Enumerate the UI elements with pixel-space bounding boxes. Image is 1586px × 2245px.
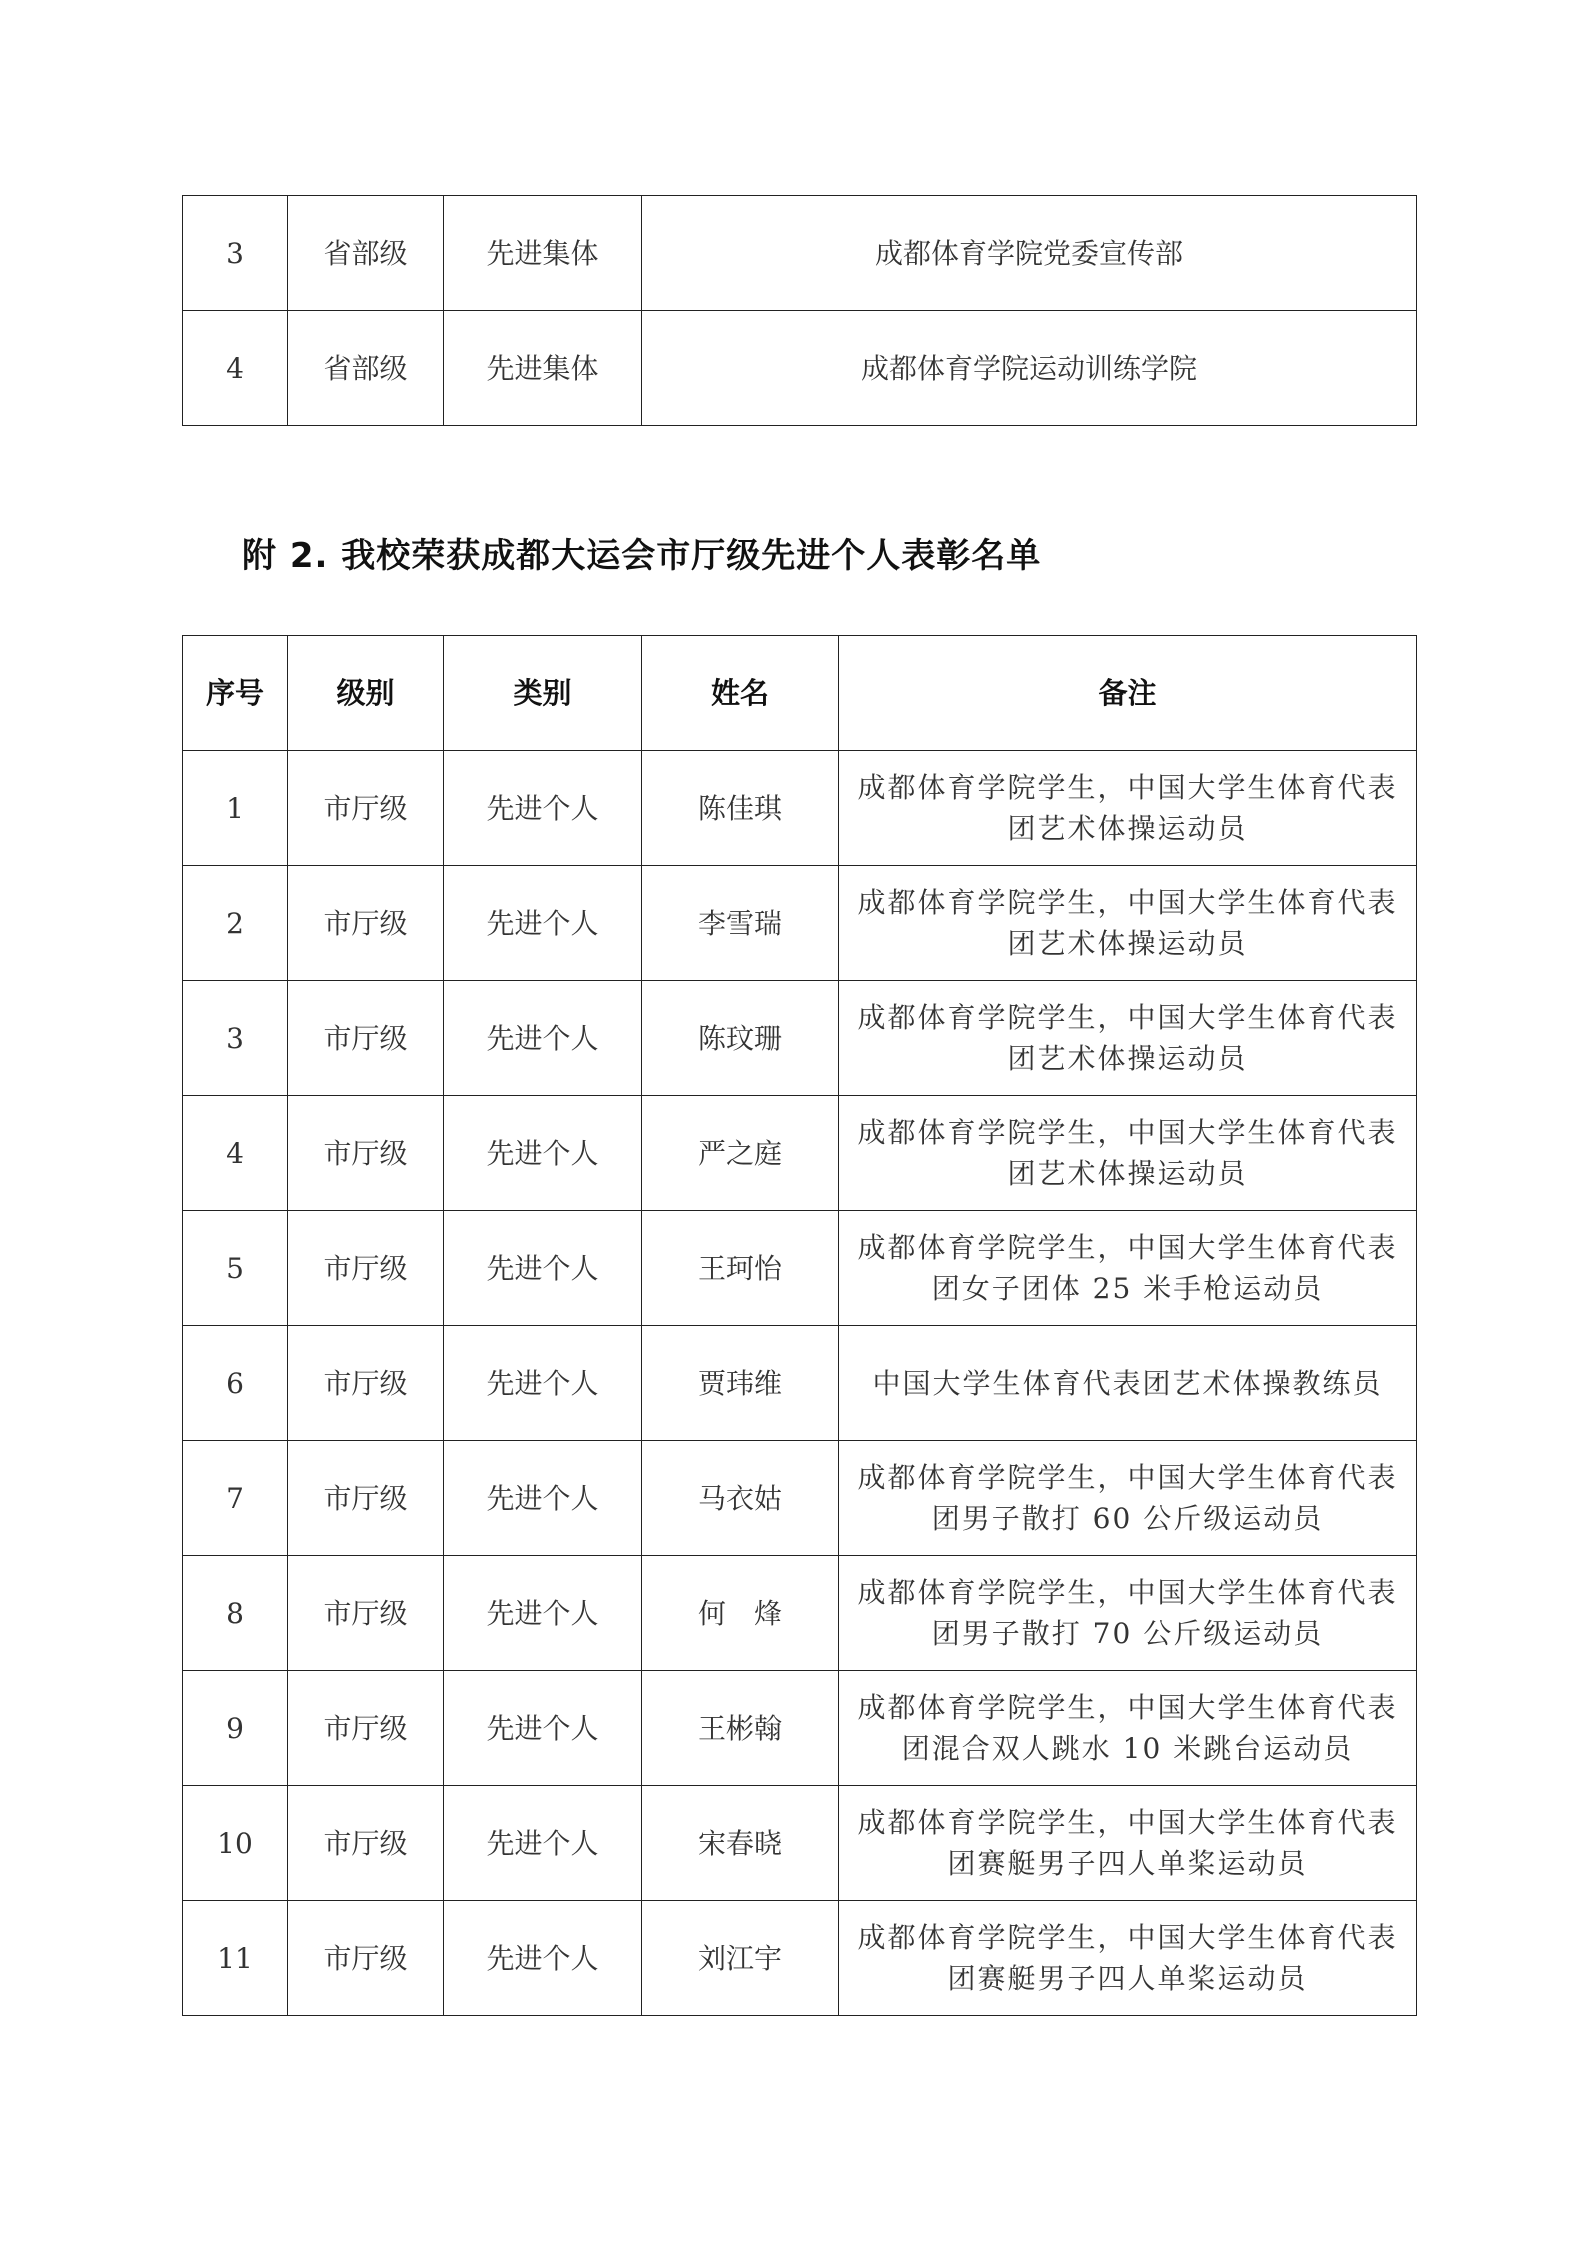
- cell-no: 5: [183, 1211, 288, 1326]
- cell-no: 3: [183, 981, 288, 1096]
- cell-category: 先进个人: [444, 1211, 642, 1326]
- cell-no: 2: [183, 866, 288, 981]
- cell-category: 先进个人: [444, 1671, 642, 1786]
- table-row: 2市厅级先进个人李雪瑞成都体育学院学生，中国大学生体育代表团艺术体操运动员: [183, 866, 1417, 981]
- cell-remark: 成都体育学院学生，中国大学生体育代表团艺术体操运动员: [839, 866, 1417, 981]
- cell-level: 市厅级: [288, 1096, 444, 1211]
- table-row: 9市厅级先进个人王彬翰成都体育学院学生，中国大学生体育代表团混合双人跳水 10 …: [183, 1671, 1417, 1786]
- table-row: 4市厅级先进个人严之庭成都体育学院学生，中国大学生体育代表团艺术体操运动员: [183, 1096, 1417, 1211]
- cell-level: 市厅级: [288, 1786, 444, 1901]
- cell-category: 先进个人: [444, 1901, 642, 2016]
- cell-level: 市厅级: [288, 1211, 444, 1326]
- cell-no: 7: [183, 1441, 288, 1556]
- cell-name: 陈玟珊: [642, 981, 839, 1096]
- table-row: 11市厅级先进个人刘江宇成都体育学院学生，中国大学生体育代表团赛艇男子四人单桨运…: [183, 1901, 1417, 2016]
- cell-remark: 成都体育学院学生，中国大学生体育代表团赛艇男子四人单桨运动员: [839, 1786, 1417, 1901]
- cell-remark: 成都体育学院学生，中国大学生体育代表团艺术体操运动员: [839, 1096, 1417, 1211]
- cell-no: 6: [183, 1326, 288, 1441]
- cell-level: 市厅级: [288, 981, 444, 1096]
- cell-remark: 成都体育学院学生，中国大学生体育代表团艺术体操运动员: [839, 751, 1417, 866]
- table-row: 3市厅级先进个人陈玟珊成都体育学院学生，中国大学生体育代表团艺术体操运动员: [183, 981, 1417, 1096]
- cell-name: 李雪瑞: [642, 866, 839, 981]
- cell-name: 宋春晓: [642, 1786, 839, 1901]
- cell-level: 市厅级: [288, 1671, 444, 1786]
- header-category: 类别: [444, 636, 642, 751]
- cell-category: 先进个人: [444, 1786, 642, 1901]
- table-row: 8市厅级先进个人何 烽成都体育学院学生，中国大学生体育代表团男子散打 70 公斤…: [183, 1556, 1417, 1671]
- cell-level: 省部级: [288, 196, 444, 311]
- cell-name: 王彬翰: [642, 1671, 839, 1786]
- cell-level: 市厅级: [288, 751, 444, 866]
- table-row: 7市厅级先进个人马衣姑成都体育学院学生，中国大学生体育代表团男子散打 60 公斤…: [183, 1441, 1417, 1556]
- cell-remark: 成都体育学院学生，中国大学生体育代表团男子散打 60 公斤级运动员: [839, 1441, 1417, 1556]
- cell-no: 4: [183, 311, 288, 426]
- cell-category: 先进集体: [444, 196, 642, 311]
- cell-no: 3: [183, 196, 288, 311]
- cell-level: 市厅级: [288, 866, 444, 981]
- cell-name: 严之庭: [642, 1096, 839, 1211]
- cell-remark: 成都体育学院学生，中国大学生体育代表团男子散打 70 公斤级运动员: [839, 1556, 1417, 1671]
- header-level: 级别: [288, 636, 444, 751]
- cell-name: 成都体育学院运动训练学院: [642, 311, 1417, 426]
- cell-name: 何 烽: [642, 1556, 839, 1671]
- header-row: 序号级别类别姓名备注: [183, 636, 1417, 751]
- header-no: 序号: [183, 636, 288, 751]
- cell-no: 1: [183, 751, 288, 866]
- cell-remark: 成都体育学院学生，中国大学生体育代表团赛艇男子四人单桨运动员: [839, 1901, 1417, 2016]
- cell-remark: 成都体育学院学生，中国大学生体育代表团混合双人跳水 10 米跳台运动员: [839, 1671, 1417, 1786]
- table-row: 5市厅级先进个人王珂怡成都体育学院学生，中国大学生体育代表团女子团体 25 米手…: [183, 1211, 1417, 1326]
- table-row: 10市厅级先进个人宋春晓成都体育学院学生，中国大学生体育代表团赛艇男子四人单桨运…: [183, 1786, 1417, 1901]
- cell-category: 先进个人: [444, 1441, 642, 1556]
- cell-no: 9: [183, 1671, 288, 1786]
- cell-remark: 中国大学生体育代表团艺术体操教练员: [839, 1326, 1417, 1441]
- cell-level: 市厅级: [288, 1556, 444, 1671]
- cell-remark: 成都体育学院学生，中国大学生体育代表团艺术体操运动员: [839, 981, 1417, 1096]
- cell-name: 陈佳琪: [642, 751, 839, 866]
- cell-name: 成都体育学院党委宣传部: [642, 196, 1417, 311]
- cell-level: 市厅级: [288, 1441, 444, 1556]
- cell-no: 4: [183, 1096, 288, 1211]
- cell-remark: 成都体育学院学生，中国大学生体育代表团女子团体 25 米手枪运动员: [839, 1211, 1417, 1326]
- cell-category: 先进集体: [444, 311, 642, 426]
- cell-no: 10: [183, 1786, 288, 1901]
- header-name: 姓名: [642, 636, 839, 751]
- cell-name: 刘江宇: [642, 1901, 839, 2016]
- cell-no: 8: [183, 1556, 288, 1671]
- cell-category: 先进个人: [444, 866, 642, 981]
- cell-name: 王珂怡: [642, 1211, 839, 1326]
- cell-category: 先进个人: [444, 1326, 642, 1441]
- table-row: 6市厅级先进个人贾玮维中国大学生体育代表团艺术体操教练员: [183, 1326, 1417, 1441]
- cell-level: 市厅级: [288, 1326, 444, 1441]
- table-row: 3 省部级 先进集体 成都体育学院党委宣传部: [183, 196, 1417, 311]
- cell-category: 先进个人: [444, 981, 642, 1096]
- cell-category: 先进个人: [444, 751, 642, 866]
- cell-name: 贾玮维: [642, 1326, 839, 1441]
- cell-level: 省部级: [288, 311, 444, 426]
- collective-awards-table: 3 省部级 先进集体 成都体育学院党委宣传部 4 省部级 先进集体 成都体育学院…: [182, 195, 1417, 426]
- cell-category: 先进个人: [444, 1556, 642, 1671]
- section-title: 附 2. 我校荣获成都大运会市厅级先进个人表彰名单: [242, 528, 1041, 577]
- cell-level: 市厅级: [288, 1901, 444, 2016]
- individual-awards-table: 序号级别类别姓名备注1市厅级先进个人陈佳琪成都体育学院学生，中国大学生体育代表团…: [182, 635, 1417, 2016]
- header-remark: 备注: [839, 636, 1417, 751]
- cell-category: 先进个人: [444, 1096, 642, 1211]
- table-row: 4 省部级 先进集体 成都体育学院运动训练学院: [183, 311, 1417, 426]
- cell-no: 11: [183, 1901, 288, 2016]
- cell-name: 马衣姑: [642, 1441, 839, 1556]
- table-row: 1市厅级先进个人陈佳琪成都体育学院学生，中国大学生体育代表团艺术体操运动员: [183, 751, 1417, 866]
